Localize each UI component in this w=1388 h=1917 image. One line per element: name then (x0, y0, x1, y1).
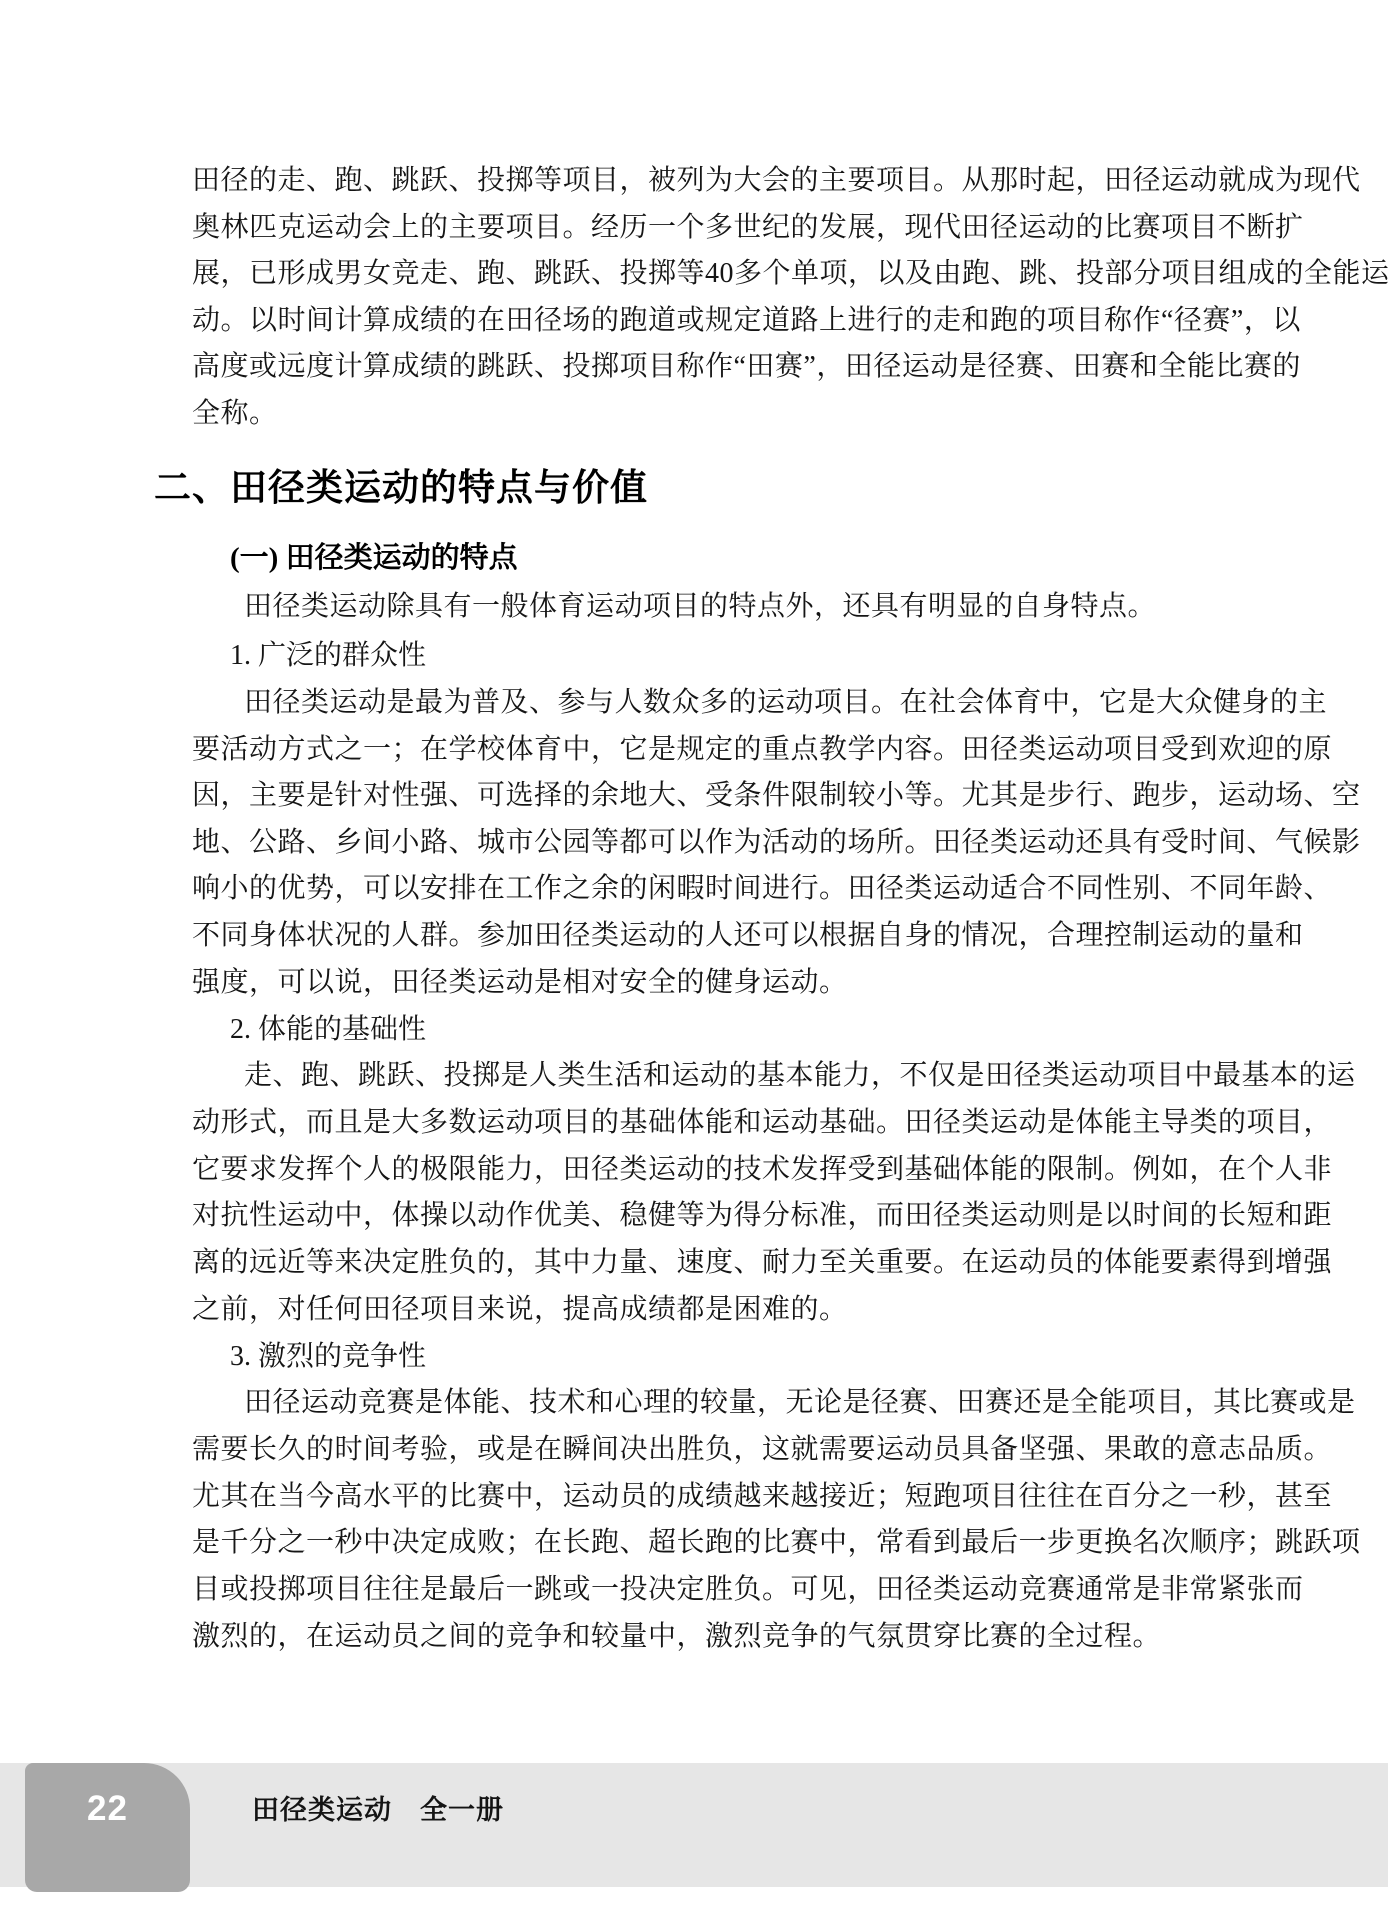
text-line: 离的远近等来决定胜负的，其中力量、速度、耐力至关重要。在运动员的体能要素得到增强 (192, 1239, 1290, 1286)
text-line: 响小的优势，可以安排在工作之余的闲暇时间进行。田径类运动适合不同性别、不同年龄、 (192, 865, 1290, 912)
text-line: 田径运动竞赛是体能、技术和心理的较量，无论是径赛、田赛还是全能项目，其比赛或是 (192, 1379, 1290, 1426)
text-line: 尤其在当今高水平的比赛中，运动员的成绩越来越接近；短跑项目往往在百分之一秒，甚至 (192, 1473, 1290, 1520)
footer-band (0, 1763, 1388, 1887)
text-line: 是千分之一秒中决定成败；在长跑、超长跑的比赛中，常看到最后一步更换名次顺序；跳跃… (192, 1519, 1290, 1566)
text-line: 因，主要是针对性强、可选择的余地大、受条件限制较小等。尤其是步行、跑步，运动场、… (192, 772, 1290, 819)
subsection-heading: (一) 田径类运动的特点 (192, 535, 1328, 582)
section-heading: 二、田径类运动的特点与价值 (154, 463, 1362, 513)
text-line: 全称。 (192, 390, 1290, 437)
text-line: 动。以时间计算成绩的在田径场的跑道或规定道路上进行的走和跑的项目称作“径赛”，以 (192, 297, 1290, 344)
point-heading: 1. 广泛的群众性 (192, 632, 1328, 679)
text-line: 它要求发挥个人的极限能力，田径类运动的技术发挥受到基础体能的限制。例如，在个人非 (192, 1146, 1290, 1193)
text-line: 田径类运动除具有一般体育运动项目的特点外，还具有明显的自身特点。 (192, 583, 1290, 630)
text-line: 田径的走、跑、跳跃、投掷等项目，被列为大会的主要项目。从那时起，田径运动就成为现… (192, 157, 1290, 204)
book-title: 田径类运动 全一册 (252, 1790, 504, 1830)
text-line: 目或投掷项目往往是最后一跳或一投决定胜负。可见，田径类运动竞赛通常是非常紧张而 (192, 1566, 1290, 1613)
page-text-content: 田径的走、跑、跳跃、投掷等项目，被列为大会的主要项目。从那时起，田径运动就成为现… (192, 0, 1290, 1763)
text-line: 展，已形成男女竞走、跑、跳跃、投掷等40多个单项，以及由跑、跳、投部分项目组成的… (192, 250, 1290, 297)
text-line: 之前，对任何田径项目来说，提高成绩都是困难的。 (192, 1286, 1290, 1333)
text-line: 高度或远度计算成绩的跳跃、投掷项目称作“田赛”，田径运动是径赛、田赛和全能比赛的 (192, 343, 1290, 390)
point-heading: 3. 激烈的竞争性 (192, 1333, 1328, 1380)
text-line: 需要长久的时间考验，或是在瞬间决出胜负，这就需要运动员具备坚强、果敢的意志品质。 (192, 1426, 1290, 1473)
point-heading: 2. 体能的基础性 (192, 1006, 1328, 1053)
text-line: 田径类运动是最为普及、参与人数众多的运动项目。在社会体育中，它是大众健身的主 (192, 679, 1290, 726)
text-line: 不同身体状况的人群。参加田径类运动的人还可以根据自身的情况，合理控制运动的量和 (192, 912, 1290, 959)
page-number-tab: 22 (25, 1763, 190, 1892)
textbook-page: 田径的走、跑、跳跃、投掷等项目，被列为大会的主要项目。从那时起，田径运动就成为现… (0, 0, 1388, 1917)
text-line: 强度，可以说，田径类运动是相对安全的健身运动。 (192, 959, 1290, 1006)
page-number: 22 (25, 1789, 190, 1829)
text-line: 要活动方式之一；在学校体育中，它是规定的重点教学内容。田径类运动项目受到欢迎的原 (192, 726, 1290, 773)
text-line: 激烈的，在运动员之间的竞争和较量中，激烈竞争的气氛贯穿比赛的全过程。 (192, 1613, 1290, 1660)
text-line: 动形式，而且是大多数运动项目的基础体能和运动基础。田径类运动是体能主导类的项目， (192, 1099, 1290, 1146)
text-line: 走、跑、跳跃、投掷是人类生活和运动的基本能力，不仅是田径类运动项目中最基本的运 (192, 1052, 1290, 1099)
text-line: 对抗性运动中，体操以动作优美、稳健等为得分标准，而田径类运动则是以时间的长短和距 (192, 1192, 1290, 1239)
text-line: 奥林匹克运动会上的主要项目。经历一个多世纪的发展，现代田径运动的比赛项目不断扩 (192, 204, 1290, 251)
text-line: 地、公路、乡间小路、城市公园等都可以作为活动的场所。田径类运动还具有受时间、气候… (192, 819, 1290, 866)
